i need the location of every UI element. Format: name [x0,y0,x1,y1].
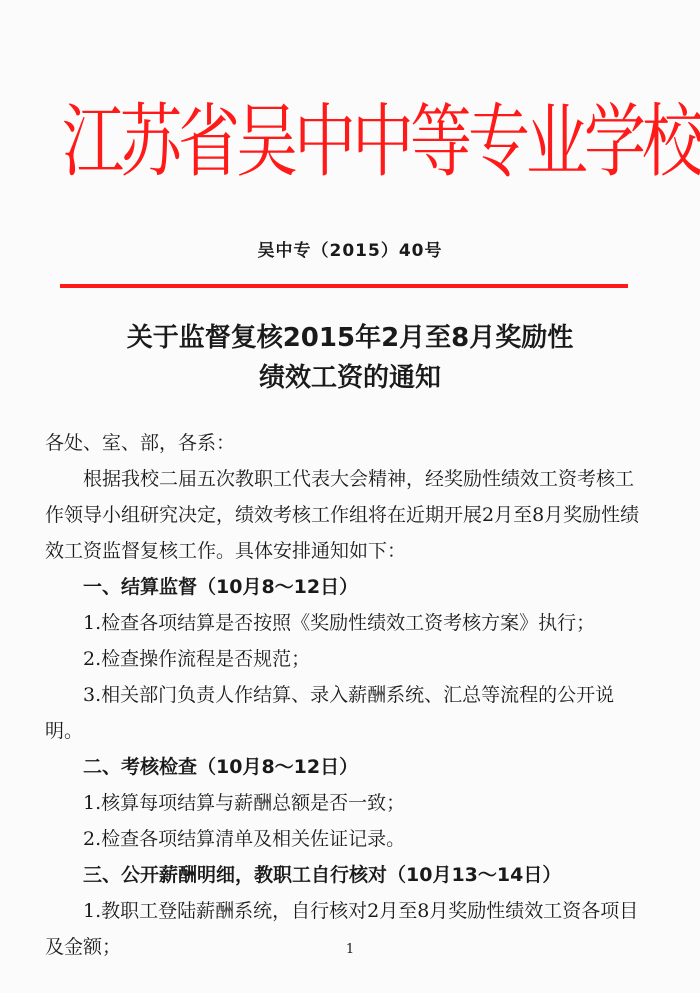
section-2-item-2: 2.检查各项结算清单及相关佐证记录。 [45,821,645,857]
doc-body: 各处、室、部，各系： 根据我校二届五次教职工代表大会精神，经奖励性绩效工资考核工… [45,425,645,965]
intro-paragraph: 根据我校二届五次教职工代表大会精神，经奖励性绩效工资考核工作领导小组研究决定，绩… [45,461,645,569]
page-number: 1 [0,942,700,957]
section-heading-3: 三、公开薪酬明细，教职工自行核对（10月13～14日） [45,857,645,893]
doc-title: 关于监督复核2015年2月至8月奖励性 绩效工资的通知 [0,318,700,398]
section-1-item-1: 1.检查各项结算是否按照《奖励性绩效工资考核方案》执行； [45,605,645,641]
salutation: 各处、室、部，各系： [45,425,645,461]
doc-number: 吴中专（2015）40号 [0,236,700,261]
section-heading-1: 一、结算监督（10月8～12日） [45,569,645,605]
org-title: 江苏省吴中中等专业学校 [62,92,642,192]
section-2-item-1: 1.核算每项结算与薪酬总额是否一致； [45,785,645,821]
section-heading-2: 二、考核检查（10月8～12日） [45,749,645,785]
doc-title-line1: 关于监督复核2015年2月至8月奖励性 [0,318,700,358]
doc-title-line2: 绩效工资的通知 [0,358,700,398]
document-page: 江苏省吴中中等专业学校 吴中专（2015）40号 关于监督复核2015年2月至8… [0,0,700,993]
section-1-item-3: 3.相关部门负责人作结算、录入薪酬系统、汇总等流程的公开说明。 [45,677,645,749]
section-1-item-2: 2.检查操作流程是否规范； [45,641,645,677]
red-divider [60,284,628,288]
